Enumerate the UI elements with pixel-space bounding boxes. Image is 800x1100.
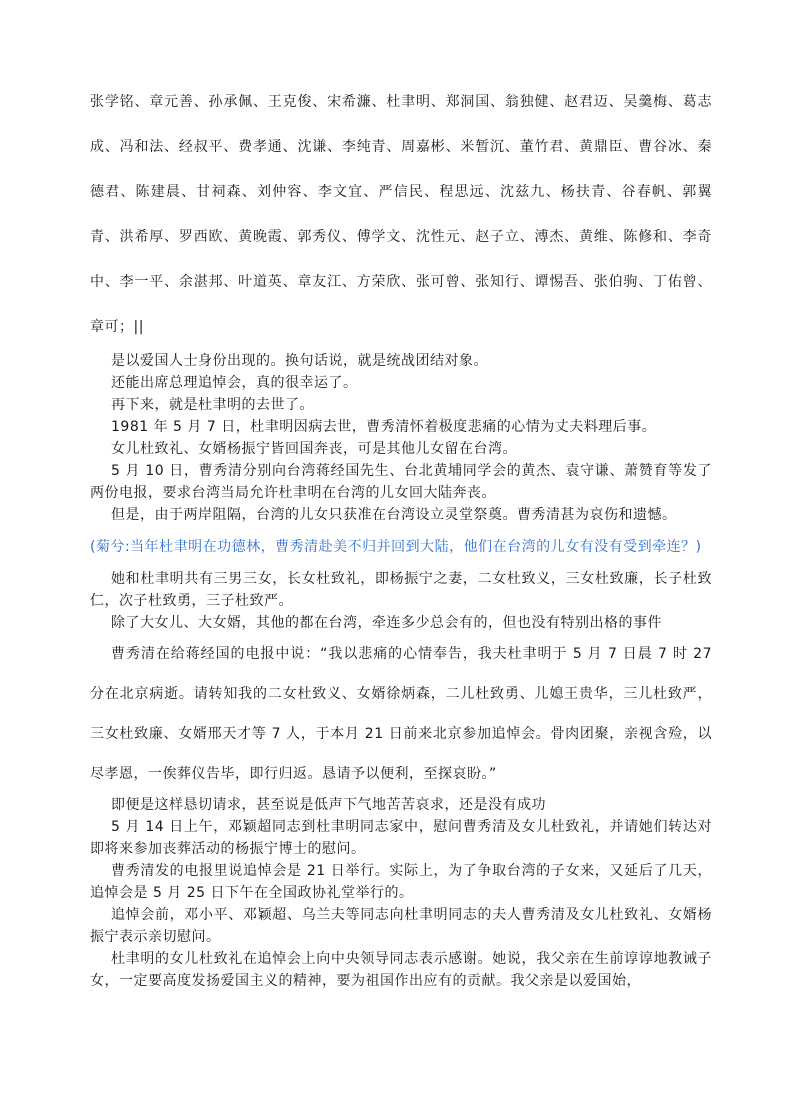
paragraph-name-list: 张学铭、章元善、孙承佩、王克俊、宋希濂、杜聿明、郑洞国、翁独健、赵君迈、吴羹梅、…: [90, 80, 712, 350]
paragraph: 追悼会前，邓小平、邓颖超、乌兰夫等同志向杜聿明同志的夫人曹秀清及女儿杜致礼、女婿…: [90, 904, 712, 948]
paragraph: 但是，由于两岸阻隔，台湾的儿女只获准在台湾设立灵堂祭奠。曹秀清甚为哀伤和遗憾。: [90, 504, 712, 526]
paragraph: 还能出席总理追悼会，真的很幸运了。: [90, 372, 712, 394]
document-page: 张学铭、章元善、孙承佩、王克俊、宋希濂、杜聿明、郑洞国、翁独健、赵君迈、吴羹梅、…: [0, 0, 800, 1100]
document-text-area: 张学铭、章元善、孙承佩、王克俊、宋希濂、杜聿明、郑洞国、翁独健、赵君迈、吴羹梅、…: [90, 80, 712, 992]
paragraph: 5 月 10 日，曹秀清分别向台湾蒋经国先生、台北黄埔同学会的黄杰、袁守谦、萧赞…: [90, 460, 712, 504]
paragraph: 除了大女儿、大女婿，其他的都在台湾，牵连多少总会有的，但也没有特别出格的事件: [90, 612, 712, 634]
paragraph-telegram: 曹秀清在给蒋经国的电报中说：“我以悲痛的心情奉告，我夫杜聿明于 5 月 7 日晨…: [90, 634, 712, 794]
paragraph: 女儿杜致礼、女婿杨振宁皆回国奔丧，可是其他儿女留在台湾。: [90, 438, 712, 460]
paragraph: 曹秀清发的电报里说追悼会是 21 日举行。实际上，为了争取台湾的子女来，又延后了…: [90, 860, 712, 904]
paragraph: 5 月 14 日上午，邓颖超同志到杜聿明同志家中，慰问曹秀清及女儿杜致礼，并请她…: [90, 816, 712, 860]
comment-paragraph: (菊兮:当年杜聿明在功德林，曹秀清赴美不归并回到大陆，他们在台湾的儿女有没有受到…: [90, 526, 712, 568]
paragraph: 1981 年 5 月 7 日，杜聿明因病去世，曹秀清怀着极度悲痛的心情为丈夫料理…: [90, 416, 712, 438]
paragraph: 她和杜聿明共有三男三女，长女杜致礼，即杨振宁之妻，二女杜致义，三女杜致廉，长子杜…: [90, 568, 712, 612]
paragraph: 是以爱国人士身份出现的。换句话说，就是统战团结对象。: [90, 350, 712, 372]
paragraph: 即便是这样恳切请求，甚至说是低声下气地苦苦哀求，还是没有成功: [90, 794, 712, 816]
paragraph: 杜聿明的女儿杜致礼在追悼会上向中央领导同志表示感谢。她说，我父亲在生前谆谆地教诫…: [90, 948, 712, 992]
paragraph: 再下来，就是杜聿明的去世了。: [90, 394, 712, 416]
